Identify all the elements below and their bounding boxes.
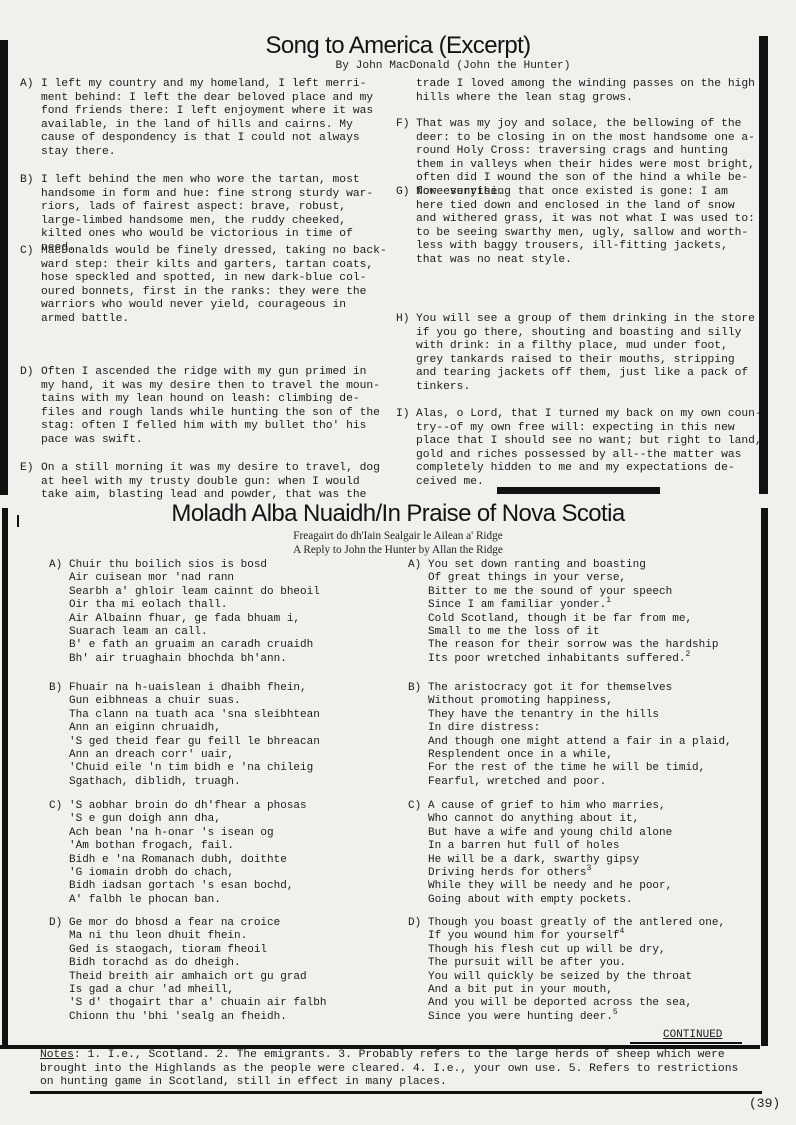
text-line: A cause of grief to him who marries, <box>428 800 672 813</box>
text-line: Ann an dreach corr' uair, <box>69 749 320 762</box>
text-line: Though his flesh cut up will be dry, <box>428 944 725 957</box>
text-line: Tha clann na tuath aca 'sna sleibhtean <box>69 709 320 722</box>
stanza-label: F) <box>396 118 410 132</box>
text-line: Ged is staogach, tioram fheoil <box>69 944 326 957</box>
text-line: warriors who would never yield, courageo… <box>41 299 387 313</box>
stanza-label: C) <box>408 800 421 813</box>
stanza-label: D) <box>408 917 421 930</box>
text-line: 'G iomain drobh do chach, <box>69 867 307 880</box>
text-line: tinkers. <box>416 381 755 395</box>
text-line: Air Albainn fhuar, ge fada bhuam i, <box>69 613 320 626</box>
text-line: available, in the land of hills and cair… <box>41 119 373 133</box>
text-line: Gun eibhneas a chuir suas. <box>69 695 320 708</box>
text-line: The pursuit will be after you. <box>428 957 725 970</box>
text-line: Bh' air truaghain bhochda bh'ann. <box>69 653 320 666</box>
text-line: And though one might attend a fair in a … <box>428 736 732 749</box>
text-line: my hand, it was my desire then to travel… <box>41 380 380 394</box>
text-line: That was my joy and solace, the bellowin… <box>416 118 755 132</box>
text-line: Without promoting happiness, <box>428 695 732 708</box>
text-line: Fhuair na h-uaislean i dhaibh fhein, <box>69 682 320 695</box>
footnote-marker: 3 <box>586 864 591 873</box>
section-divider <box>497 487 660 494</box>
text-line: them in valleys when their hides were mo… <box>416 159 755 173</box>
text-line: place that I should see no want; but rig… <box>416 435 762 449</box>
stanza-label: D) <box>20 366 34 380</box>
text-line: MacDonalds would be finely dressed, taki… <box>41 245 387 259</box>
text-line: gold and riches possessed by all--the ma… <box>416 449 762 463</box>
text-line: You will quickly be seized by the throat <box>428 971 725 984</box>
poem-subtitle-gaelic: Freagairt do dh'Iain Sealgair le Ailean … <box>0 530 796 542</box>
text-line: Sgathach, diblidh, truagh. <box>69 776 320 789</box>
stanza-label: B) <box>408 682 421 695</box>
text-line: files and rough lands while hunting the … <box>41 407 380 421</box>
text-line: Chionn thu 'bhi 'sealg an fheidh. <box>69 1011 326 1024</box>
left-margin-bar-bottom <box>2 508 8 1046</box>
text-line: Since I am familiar yonder.1 <box>428 599 718 612</box>
song-title: Song to America (Excerpt) <box>0 32 796 60</box>
text-line: ment behind: I left the dear beloved pla… <box>41 92 373 106</box>
text-line: The aristocracy got it for themselves <box>428 682 732 695</box>
text-line: Its poor wretched inhabitants suffered.2 <box>428 653 718 666</box>
stanza-label: E) <box>20 462 34 476</box>
text-line: Bitter to me the sound of your speech <box>428 586 718 599</box>
stanza-label: B) <box>49 682 62 695</box>
text-line: handsome in form and hue: fine strong st… <box>41 188 373 202</box>
text-line: On a still morning it was my desire to t… <box>41 462 380 476</box>
text-line: Often I ascended the ridge with my gun p… <box>41 366 380 380</box>
notes-line-2: brought into the Highlands as the people… <box>40 1063 738 1075</box>
text-line: Ma ni thu leon dhuit fhein. <box>69 930 326 943</box>
text-line: less with baggy trousers, ill-fitting ja… <box>416 240 755 254</box>
text-line: Ann an eiginn chruaidh, <box>69 722 320 735</box>
stanza-label: C) <box>20 245 34 259</box>
text-line: with drink: in a filthy place, mud under… <box>416 340 755 354</box>
text-line: if you go there, shouting and boasting a… <box>416 327 755 341</box>
text-line: round Holy Cross: traversing crags and h… <box>416 145 755 159</box>
stanza-label: A) <box>49 559 62 572</box>
text-line: Bidh e 'na Romanach dubh, doithte <box>69 854 307 867</box>
text-line: trade I loved among the winding passes o… <box>416 78 755 92</box>
text-line: grey tankards raised to their mouths, st… <box>416 354 755 368</box>
text-line: He will be a dark, swarthy gipsy <box>428 854 672 867</box>
text-line: Though you boast greatly of the antlered… <box>428 917 725 930</box>
text-line: In dire distress: <box>428 722 732 735</box>
text-line: 'Am bothan frogach, fail. <box>69 840 307 853</box>
text-line: and tearing jackets off them, just like … <box>416 367 755 381</box>
text-line: riors, lads of fairest aspect: brave, ro… <box>41 201 373 215</box>
text-line: fond friends there: I left enjoyment whe… <box>41 105 373 119</box>
stanza-label: C) <box>49 800 62 813</box>
text-line: stag: often I felled him with my bullet … <box>41 420 380 434</box>
text-line: I left my country and my homeland, I lef… <box>41 78 373 92</box>
continued-rule <box>630 1042 742 1044</box>
text-line: at heel with my trusty double gun: when … <box>41 476 380 490</box>
text-line: here tied down and enclosed in the land … <box>416 200 755 214</box>
text-line: A' falbh le phocan ban. <box>69 894 307 907</box>
text-line: Bidh torachd as do dheigh. <box>69 957 326 970</box>
text-line: Air cuisean mor 'nad rann <box>69 572 320 585</box>
stanza-label: H) <box>396 313 410 327</box>
text-line: completely hidden to me and my expectati… <box>416 462 762 476</box>
text-line: You will see a group of them drinking in… <box>416 313 755 327</box>
text-line: You set down ranting and boasting <box>428 559 718 572</box>
text-line: Of great things in your verse, <box>428 572 718 585</box>
text-line: Theid breith air amhaich ort gu grad <box>69 971 326 984</box>
stanza-label: D) <box>49 917 62 930</box>
footnote-marker: 1 <box>606 596 611 605</box>
text-line: 'S ged theid fear gu feill le bhreacan <box>69 736 320 749</box>
text-line: While they will be needy and he poor, <box>428 880 672 893</box>
notes-line-1: : 1. I.e., Scotland. 2. The emigrants. 3… <box>74 1049 725 1061</box>
text-line: pace was swift. <box>41 434 380 448</box>
text-line: Since you were hunting deer.5 <box>428 1011 725 1024</box>
text-line: For the rest of the time he will be timi… <box>428 762 732 775</box>
page-number: (39) <box>749 1096 780 1111</box>
notes-line-3: on hunting game in Scotland, still in ef… <box>40 1076 447 1088</box>
text-line: try--of my own free will: expecting in t… <box>416 422 762 436</box>
text-line: 'S e gun doigh ann dha, <box>69 813 307 826</box>
footnote-marker: 5 <box>613 1008 618 1017</box>
text-line: If you wound him for yourself4 <box>428 930 725 943</box>
text-line: stay there. <box>41 146 373 160</box>
notes-bottom-rule <box>30 1091 762 1094</box>
text-line: Alas, o Lord, that I turned my back on m… <box>416 408 762 422</box>
text-line: tains with my lean hound on leash: climb… <box>41 393 380 407</box>
text-line: Small to me the loss of it <box>428 626 718 639</box>
text-line: And a bit put in your mouth, <box>428 984 725 997</box>
text-line: B' e fath an gruaim an caradh cruaidh <box>69 639 320 652</box>
text-line: Is gad a chur 'ad mheill, <box>69 984 326 997</box>
text-line: that was no neat style. <box>416 254 755 268</box>
text-line: But have a wife and young child alone <box>428 827 672 840</box>
text-line: Fearful, wretched and poor. <box>428 776 732 789</box>
text-line: And you will be deported across the sea, <box>428 997 725 1010</box>
stanza-label: B) <box>20 174 34 188</box>
text-line: Now everything that once existed is gone… <box>416 186 755 200</box>
text-line: Resplendent once in a while, <box>428 749 732 762</box>
text-line: Going about with empty pockets. <box>428 894 672 907</box>
text-line: cause of despondency is that I could not… <box>41 132 373 146</box>
text-line: large-limbed handsome men, the ruddy che… <box>41 215 373 229</box>
text-line: ward step: their kilts and garters, tart… <box>41 259 387 273</box>
stanza-label: A) <box>20 78 34 92</box>
text-line: 'S aobhar broin do dh'fhear a phosas <box>69 800 307 813</box>
text-line: to be seeing swarthy men, ugly, sallow a… <box>416 227 755 241</box>
stanza-label: G) <box>396 186 410 200</box>
text-line: Searbh a' ghloir leam cainnt do bheoil <box>69 586 320 599</box>
poem-title: Moladh Alba Nuaidh/In Praise of Nova Sco… <box>0 500 796 528</box>
text-line: The reason for their sorrow was the hard… <box>428 639 718 652</box>
text-line: hills where the lean stag grows. <box>416 92 755 106</box>
text-line: kilted ones who would be victorious in t… <box>41 228 373 242</box>
poem-subtitle-english: A Reply to John the Hunter by Allan the … <box>0 544 796 556</box>
text-line: often did I wound the son of the hind a … <box>416 172 755 186</box>
text-line: Ach bean 'na h-onar 's isean og <box>69 827 307 840</box>
text-line: Oir tha mi eolach thall. <box>69 599 320 612</box>
footnote-marker: 2 <box>685 650 690 659</box>
text-line: Driving herds for others3 <box>428 867 672 880</box>
text-line: Who cannot do anything about it, <box>428 813 672 826</box>
text-line: Bidh iadsan gortach 's esan bochd, <box>69 880 307 893</box>
left-margin-bar-top <box>0 40 8 495</box>
text-line: oured bonnets, first in the ranks: they … <box>41 286 387 300</box>
notes-label: Notes <box>40 1049 74 1061</box>
text-line: deer: to be closing in on the most hands… <box>416 132 755 146</box>
footnote-marker: 4 <box>619 927 624 936</box>
text-line: 'Chuid eile 'n tim bidh e 'na chileig <box>69 762 320 775</box>
stanza-label: I) <box>396 408 410 422</box>
text-line: In a barren hut full of holes <box>428 840 672 853</box>
text-line: armed battle. <box>41 313 387 327</box>
text-line: Ge mor do bhosd a fear na croice <box>69 917 326 930</box>
continued-link[interactable]: CONTINUED <box>663 1029 722 1041</box>
text-line: They have the tenantry in the hills <box>428 709 732 722</box>
text-line: Chuir thu boilich sios is bosd <box>69 559 320 572</box>
footnotes: Notes: 1. I.e., Scotland. 2. The emigran… <box>40 1049 760 1090</box>
text-line: 'S d' thogairt thar a' chuain air falbh <box>69 997 326 1010</box>
text-line: Suarach leam an call. <box>69 626 320 639</box>
right-margin-bar-bottom <box>761 508 768 1046</box>
song-byline: By John MacDonald (John the Hunter) <box>0 60 796 72</box>
text-line: hose speckled and spotted, in new dark-b… <box>41 272 387 286</box>
text-line: Cold Scotland, though it be far from me, <box>428 613 718 626</box>
stanza-label: A) <box>408 559 421 572</box>
text-line: I left behind the men who wore the tarta… <box>41 174 373 188</box>
text-line: and withered grass, it was not what I wa… <box>416 213 755 227</box>
